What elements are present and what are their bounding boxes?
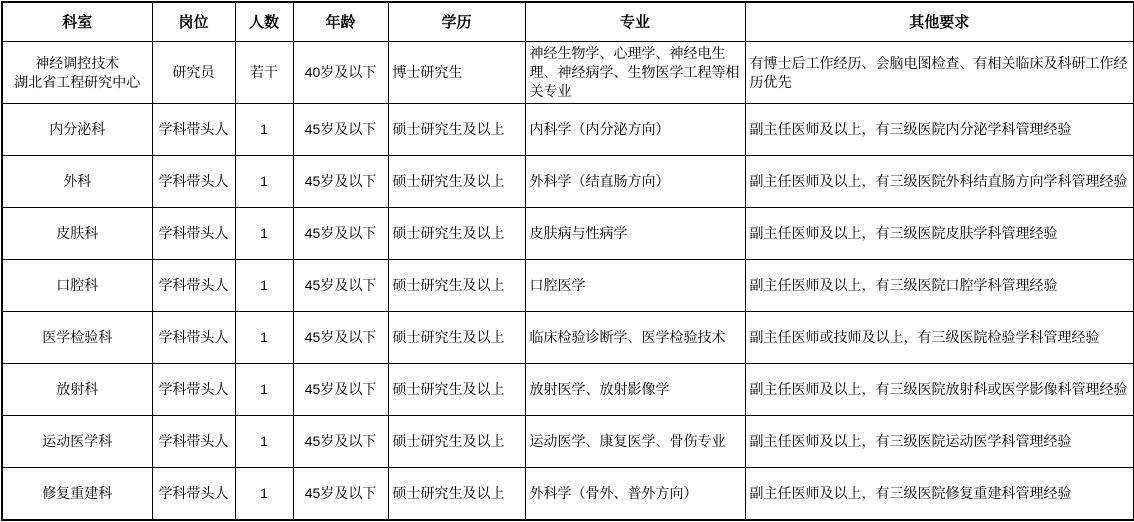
- cell-headcount: 1: [235, 312, 293, 364]
- table-row: 外科 学科带头人 1 45岁及以下 硕士研究生及以上 外科学（结直肠方向） 副主…: [2, 156, 1134, 208]
- cell-position: 学科带头人: [152, 312, 235, 364]
- table-header-row: 科室 岗位 人数 年龄 学历 专业 其他要求: [2, 2, 1134, 42]
- table-row: 口腔科 学科带头人 1 45岁及以下 硕士研究生及以上 口腔医学 副主任医师及以…: [2, 260, 1134, 312]
- cell-department: 皮肤科: [2, 208, 152, 260]
- cell-headcount: 1: [235, 104, 293, 156]
- cell-education: 硕士研究生及以上: [388, 156, 525, 208]
- cell-position: 学科带头人: [152, 416, 235, 468]
- cell-other-requirements: 副主任医师及以上，有三级医院运动医学科管理经验: [745, 416, 1134, 468]
- cell-department: 运动医学科: [2, 416, 152, 468]
- cell-department: 放射科: [2, 364, 152, 416]
- cell-other-requirements: 副主任医师或技师及以上，有三级医院检验学科管理经验: [745, 312, 1134, 364]
- cell-department: 内分泌科: [2, 104, 152, 156]
- cell-major: 临床检验诊断学、医学检验技术: [525, 312, 745, 364]
- cell-other-requirements: 副主任医师及以上，有三级医院放射科或医学影像科管理经验: [745, 364, 1134, 416]
- cell-education: 硕士研究生及以上: [388, 104, 525, 156]
- cell-department: 口腔科: [2, 260, 152, 312]
- cell-major: 运动医学、康复医学、骨伤专业: [525, 416, 745, 468]
- cell-education: 博士研究生: [388, 42, 525, 104]
- cell-age: 45岁及以下: [293, 104, 388, 156]
- table-row: 医学检验科 学科带头人 1 45岁及以下 硕士研究生及以上 临床检验诊断学、医学…: [2, 312, 1134, 364]
- cell-other-requirements: 副主任医师及以上，有三级医院皮肤学科管理经验: [745, 208, 1134, 260]
- recruitment-table: 科室 岗位 人数 年龄 学历 专业 其他要求 神经调控技术 湖北省工程研究中心 …: [1, 1, 1134, 521]
- cell-age: 45岁及以下: [293, 260, 388, 312]
- cell-other-requirements: 副主任医师及以上，有三级医院修复重建科管理经验: [745, 468, 1134, 521]
- cell-education: 硕士研究生及以上: [388, 312, 525, 364]
- table-row: 修复重建科 学科带头人 1 45岁及以下 硕士研究生及以上 外科学（骨外、普外方…: [2, 468, 1134, 521]
- cell-position: 学科带头人: [152, 208, 235, 260]
- cell-education: 硕士研究生及以上: [388, 260, 525, 312]
- cell-position: 学科带头人: [152, 104, 235, 156]
- header-other-requirements: 其他要求: [745, 2, 1134, 42]
- cell-headcount: 1: [235, 468, 293, 521]
- header-department: 科室: [2, 2, 152, 42]
- cell-major: 口腔医学: [525, 260, 745, 312]
- cell-department: 修复重建科: [2, 468, 152, 521]
- table-row: 内分泌科 学科带头人 1 45岁及以下 硕士研究生及以上 内科学（内分泌方向） …: [2, 104, 1134, 156]
- cell-major: 外科学（结直肠方向）: [525, 156, 745, 208]
- cell-position: 学科带头人: [152, 468, 235, 521]
- header-position: 岗位: [152, 2, 235, 42]
- table-row: 放射科 学科带头人 1 45岁及以下 硕士研究生及以上 放射医学、放射影像学 副…: [2, 364, 1134, 416]
- cell-position: 学科带头人: [152, 156, 235, 208]
- cell-department: 神经调控技术 湖北省工程研究中心: [2, 42, 152, 104]
- cell-position: 学科带头人: [152, 364, 235, 416]
- table-row: 运动医学科 学科带头人 1 45岁及以下 硕士研究生及以上 运动医学、康复医学、…: [2, 416, 1134, 468]
- cell-major: 放射医学、放射影像学: [525, 364, 745, 416]
- cell-education: 硕士研究生及以上: [388, 208, 525, 260]
- cell-headcount: 1: [235, 208, 293, 260]
- header-age: 年龄: [293, 2, 388, 42]
- cell-department: 外科: [2, 156, 152, 208]
- cell-major: 外科学（骨外、普外方向）: [525, 468, 745, 521]
- table-row: 神经调控技术 湖北省工程研究中心 研究员 若干 40岁及以下 博士研究生 神经生…: [2, 42, 1134, 104]
- header-major: 专业: [525, 2, 745, 42]
- cell-position: 研究员: [152, 42, 235, 104]
- table-row: 皮肤科 学科带头人 1 45岁及以下 硕士研究生及以上 皮肤病与性病学 副主任医…: [2, 208, 1134, 260]
- cell-age: 45岁及以下: [293, 416, 388, 468]
- header-education: 学历: [388, 2, 525, 42]
- cell-other-requirements: 有博士后工作经历、会脑电图检查、有相关临床及科研工作经历优先: [745, 42, 1134, 104]
- cell-education: 硕士研究生及以上: [388, 416, 525, 468]
- cell-headcount: 1: [235, 156, 293, 208]
- cell-major: 神经生物学、心理学、神经电生理、神经病学、生物医学工程等相关专业: [525, 42, 745, 104]
- cell-headcount: 1: [235, 364, 293, 416]
- cell-headcount: 若干: [235, 42, 293, 104]
- cell-education: 硕士研究生及以上: [388, 468, 525, 521]
- cell-age: 40岁及以下: [293, 42, 388, 104]
- cell-other-requirements: 副主任医师及以上，有三级医院内分泌学科管理经验: [745, 104, 1134, 156]
- header-headcount: 人数: [235, 2, 293, 42]
- cell-age: 45岁及以下: [293, 156, 388, 208]
- cell-major: 内科学（内分泌方向）: [525, 104, 745, 156]
- cell-headcount: 1: [235, 260, 293, 312]
- cell-headcount: 1: [235, 416, 293, 468]
- cell-education: 硕士研究生及以上: [388, 364, 525, 416]
- cell-department: 医学检验科: [2, 312, 152, 364]
- cell-age: 45岁及以下: [293, 312, 388, 364]
- cell-position: 学科带头人: [152, 260, 235, 312]
- cell-age: 45岁及以下: [293, 208, 388, 260]
- cell-other-requirements: 副主任医师及以上，有三级医院口腔学科管理经验: [745, 260, 1134, 312]
- cell-other-requirements: 副主任医师及以上，有三级医院外科结直肠方向学科管理经验: [745, 156, 1134, 208]
- cell-age: 45岁及以下: [293, 468, 388, 521]
- cell-major: 皮肤病与性病学: [525, 208, 745, 260]
- cell-age: 45岁及以下: [293, 364, 388, 416]
